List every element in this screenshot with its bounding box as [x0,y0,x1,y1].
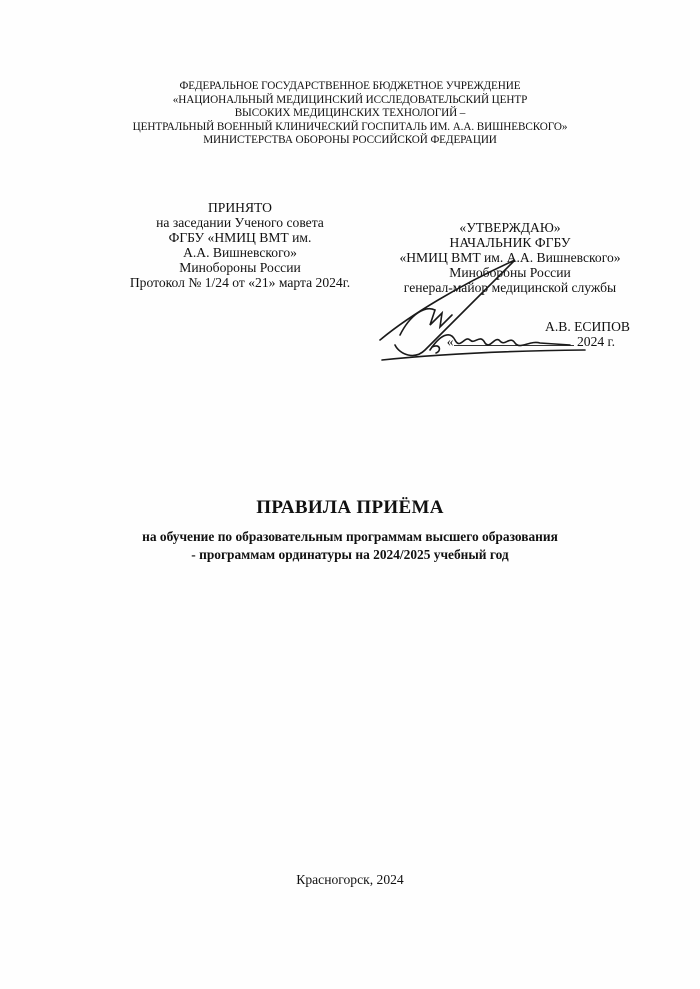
approved-line: НАЧАЛЬНИК ФГБУ [385,235,635,250]
approved-line: «НМИЦ ВМТ им. А.А. Вишневского» [385,250,635,265]
approval-date: « 2024 г. [385,334,635,349]
institution-header: ФЕДЕРАЛЬНОЕ ГОСУДАРСТВЕННОЕ БЮДЖЕТНОЕ УЧ… [100,80,600,148]
approved-line: «УТВЕРЖДАЮ» [385,220,635,235]
accepted-line: А.А. Вишневского» [110,245,370,260]
document-subtitle: на обучение по образовательным программа… [0,528,700,564]
accepted-block: ПРИНЯТО на заседании Ученого совета ФГБУ… [110,200,370,290]
approver-name: А.В. ЕСИПОВ [385,319,635,334]
accepted-line: ПРИНЯТО [110,200,370,215]
date-prefix: « [447,334,454,349]
approved-block: «УТВЕРЖДАЮ» НАЧАЛЬНИК ФГБУ «НМИЦ ВМТ им.… [385,220,635,349]
accepted-line: Минобороны России [110,260,370,275]
accepted-line: ФГБУ «НМИЦ ВМТ им. [110,230,370,245]
subtitle-line: на обучение по образовательным программа… [0,528,700,546]
approved-line: Минобороны России [385,265,635,280]
header-line: ВЫСОКИХ МЕДИЦИНСКИХ ТЕХНОЛОГИЙ – [100,107,600,121]
approved-line: генерал-майор медицинской службы [385,280,635,295]
date-suffix: 2024 г. [577,334,615,349]
header-line: «НАЦИОНАЛЬНЫЙ МЕДИЦИНСКИЙ ИССЛЕДОВАТЕЛЬС… [100,94,600,108]
subtitle-line: - программам ординатуры на 2024/2025 уче… [0,546,700,564]
header-line: МИНИСТЕРСТВА ОБОРОНЫ РОССИЙСКОЙ ФЕДЕРАЦИ… [100,134,600,148]
accepted-line: на заседании Ученого совета [110,215,370,230]
header-line: ФЕДЕРАЛЬНОЕ ГОСУДАРСТВЕННОЕ БЮДЖЕТНОЕ УЧ… [100,80,600,94]
document-title: ПРАВИЛА ПРИЁМА [0,497,700,519]
date-blank [454,334,574,346]
document-page: ФЕДЕРАЛЬНОЕ ГОСУДАРСТВЕННОЕ БЮДЖЕТНОЕ УЧ… [0,0,700,989]
place-and-year: Красногорск, 2024 [0,872,700,888]
accepted-line: Протокол № 1/24 от «21» марта 2024г. [110,275,370,290]
header-line: ЦЕНТРАЛЬНЫЙ ВОЕННЫЙ КЛИНИЧЕСКИЙ ГОСПИТАЛ… [100,121,600,135]
